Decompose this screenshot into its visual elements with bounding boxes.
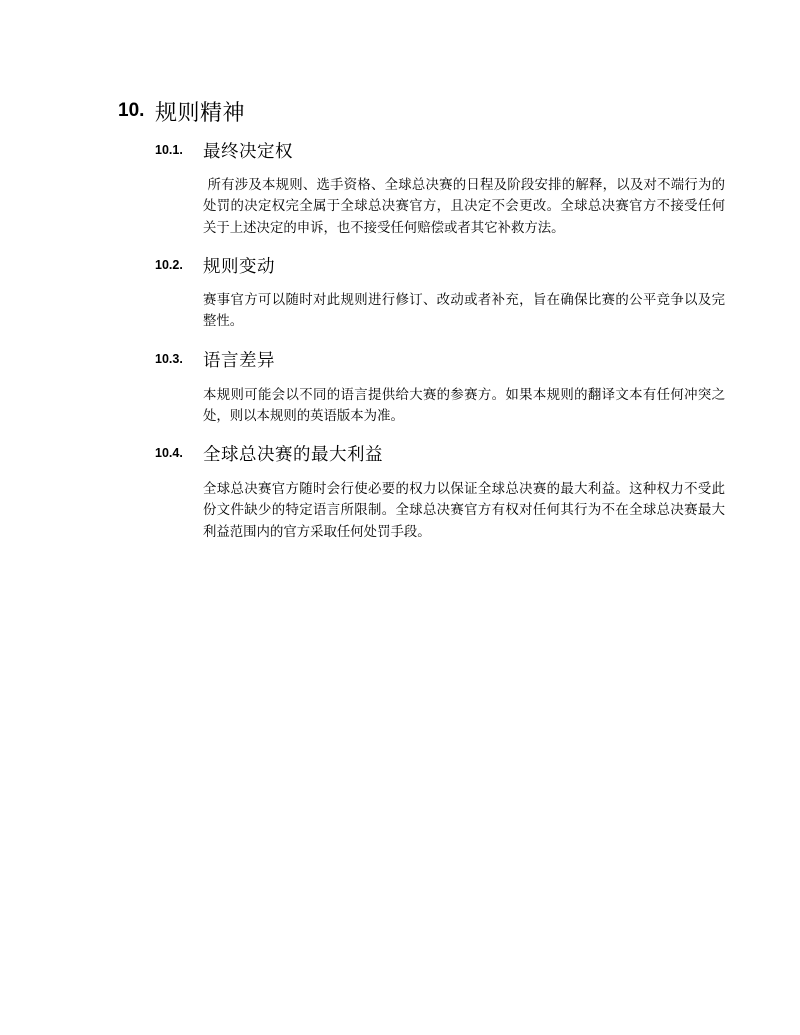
section-title: 规则精神: [155, 96, 245, 127]
subsection-title: 语言差异: [203, 347, 275, 372]
subsection-heading-language-differences: 10.3. 语言差异: [155, 347, 275, 371]
subsection-heading-rule-changes: 10.2. 规则变动: [155, 253, 275, 277]
subsection-heading-best-interests: 10.4. 全球总决赛的最大利益: [155, 441, 383, 465]
subsection-title: 规则变动: [203, 253, 275, 278]
subsection-body-rule-changes: 赛事官方可以随时对此规则进行修订、改动或者补充，旨在确保比赛的公平竞争以及完整性…: [203, 290, 725, 333]
subsection-title: 全球总决赛的最大利益: [203, 441, 383, 466]
subsection-body-final-decision: 所有涉及本规则、选手资格、全球总决赛的日程及阶段安排的解释，以及对不端行为的处罚…: [203, 175, 725, 239]
section-heading: 10. 规则精神: [118, 95, 245, 127]
subsection-title: 最终决定权: [203, 138, 293, 163]
subsection-number: 10.2.: [155, 258, 203, 272]
section-number: 10.: [118, 100, 155, 122]
subsection-number: 10.1.: [155, 143, 203, 157]
subsection-number: 10.4.: [155, 446, 203, 460]
subsection-body-language-differences: 本规则可能会以不同的语言提供给大赛的参赛方。如果本规则的翻译文本有任何冲突之处，…: [203, 385, 725, 428]
subsection-number: 10.3.: [155, 352, 203, 366]
subsection-heading-final-decision: 10.1. 最终决定权: [155, 138, 293, 162]
subsection-body-best-interests: 全球总决赛官方随时会行使必要的权力以保证全球总决赛的最大利益。这种权力不受此份文…: [203, 479, 725, 543]
document-page: 10. 规则精神 10.1. 最终决定权 所有涉及本规则、选手资格、全球总决赛的…: [0, 0, 800, 1035]
